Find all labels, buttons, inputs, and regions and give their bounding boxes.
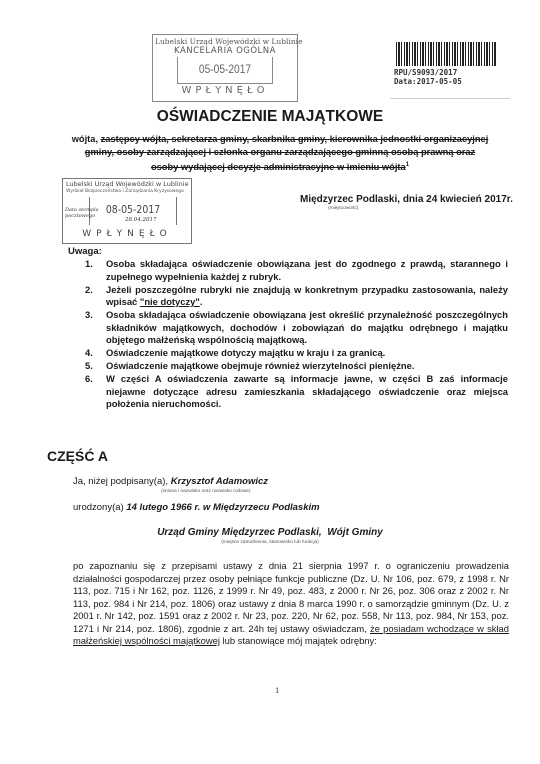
barcode-icon — [396, 42, 496, 66]
signer-name: Krzysztof Adamowicz — [171, 476, 268, 487]
note-item: 3.Osoba składająca oświadczenie obowiąza… — [85, 309, 508, 347]
note-item: 1.Osoba składająca oświadczenie obowiąza… — [85, 258, 508, 283]
note-item: 6.W części A oświadczenia zawarte są inf… — [85, 373, 508, 411]
signer-line: Ja, niżej podpisany(a), Krzysztof Adamow… — [73, 476, 268, 487]
stamp-date: 08-05-2017 — [96, 203, 169, 216]
declaration-paragraph: po zapoznaniu się z przepisami ustawy z … — [73, 560, 509, 648]
stamp-date: 05-05-2017 — [185, 62, 265, 76]
stamp-received-label: WPŁYNĘŁO — [63, 229, 191, 239]
not-applicable-phrase: "nie dotyczy" — [140, 296, 200, 307]
note-item: 2.Jeżeli poszczególne rubryki nie znajdu… — [85, 284, 508, 309]
notes-heading: Uwaga: — [68, 246, 102, 257]
received-stamp-chancellery: Lubelski Urząd Wojewódzki w Lublinie KAN… — [152, 34, 298, 102]
place-and-date: Międzyrzec Podlaski, dnia 24 kwiecień 20… — [300, 194, 513, 205]
barcode-label: RPU/S9093/2017 Data:2017-05-05 — [394, 68, 462, 86]
handwritten-note: Data stempla pocztowego — [65, 207, 99, 219]
part-a-heading: CZĘŚĆ A — [47, 448, 108, 464]
signer-caption: (imiona i nazwisko oraz nazwisko rodowe) — [161, 489, 251, 494]
page-number: 1 — [275, 687, 279, 695]
barcode-date: Data:2017-05-05 — [394, 77, 462, 86]
declarant-role: wójta, zastępcy wójta, sekretarza gminy,… — [70, 133, 490, 174]
note-item: 4.Oświadczenie majątkowe dotyczy majątku… — [85, 347, 508, 360]
notes-list: 1.Osoba składająca oświadczenie obowiąza… — [85, 258, 508, 411]
roles-struck-out: zastępcy wójta, sekretarza gminy, skarbn… — [85, 134, 489, 172]
role-selected: wójta, — [72, 134, 98, 144]
birth-date-place: 14 lutego 1966 r. w Międzyrzecu Podlaski… — [126, 502, 319, 513]
document-title: OŚWIADCZENIE MAJĄTKOWE — [0, 108, 540, 126]
received-stamp-security-dept: Lubelski Urząd Wojewódzki w Lublinie Wyd… — [62, 178, 192, 244]
employment-caption: (miejsce zatrudnienia, stanowisko lub fu… — [0, 540, 540, 545]
stamp-date-box: 05-05-2017 — [177, 57, 273, 84]
stamp-department: KANCELARIA OGÓLNA — [153, 46, 297, 56]
stamp-department: Wydział Bezpieczeństwa i Zarządzania Kry… — [66, 189, 184, 194]
place-caption: (miejscowość) — [328, 206, 358, 211]
divider — [390, 98, 510, 99]
barcode-ref: RPU/S9093/2017 — [394, 68, 462, 77]
stamp-received-label: WPŁYNĘŁO — [153, 85, 297, 96]
footnote-marker: 1 — [406, 162, 409, 168]
employment: Urząd Gminy Międzyrzec Podlaski, Wójt Gm… — [0, 527, 540, 538]
handwritten-postmark-date: 28.04.2017 — [125, 217, 157, 223]
stamp-office: Lubelski Urząd Wojewódzki w Lublinie — [66, 180, 189, 188]
birth-line: urodzony(a) 14 lutego 1966 r. w Międzyrz… — [73, 502, 320, 513]
stamp-office: Lubelski Urząd Wojewódzki w Lublinie — [155, 37, 303, 46]
note-item: 5.Oświadczenie majątkowe obejmuje równie… — [85, 360, 508, 373]
